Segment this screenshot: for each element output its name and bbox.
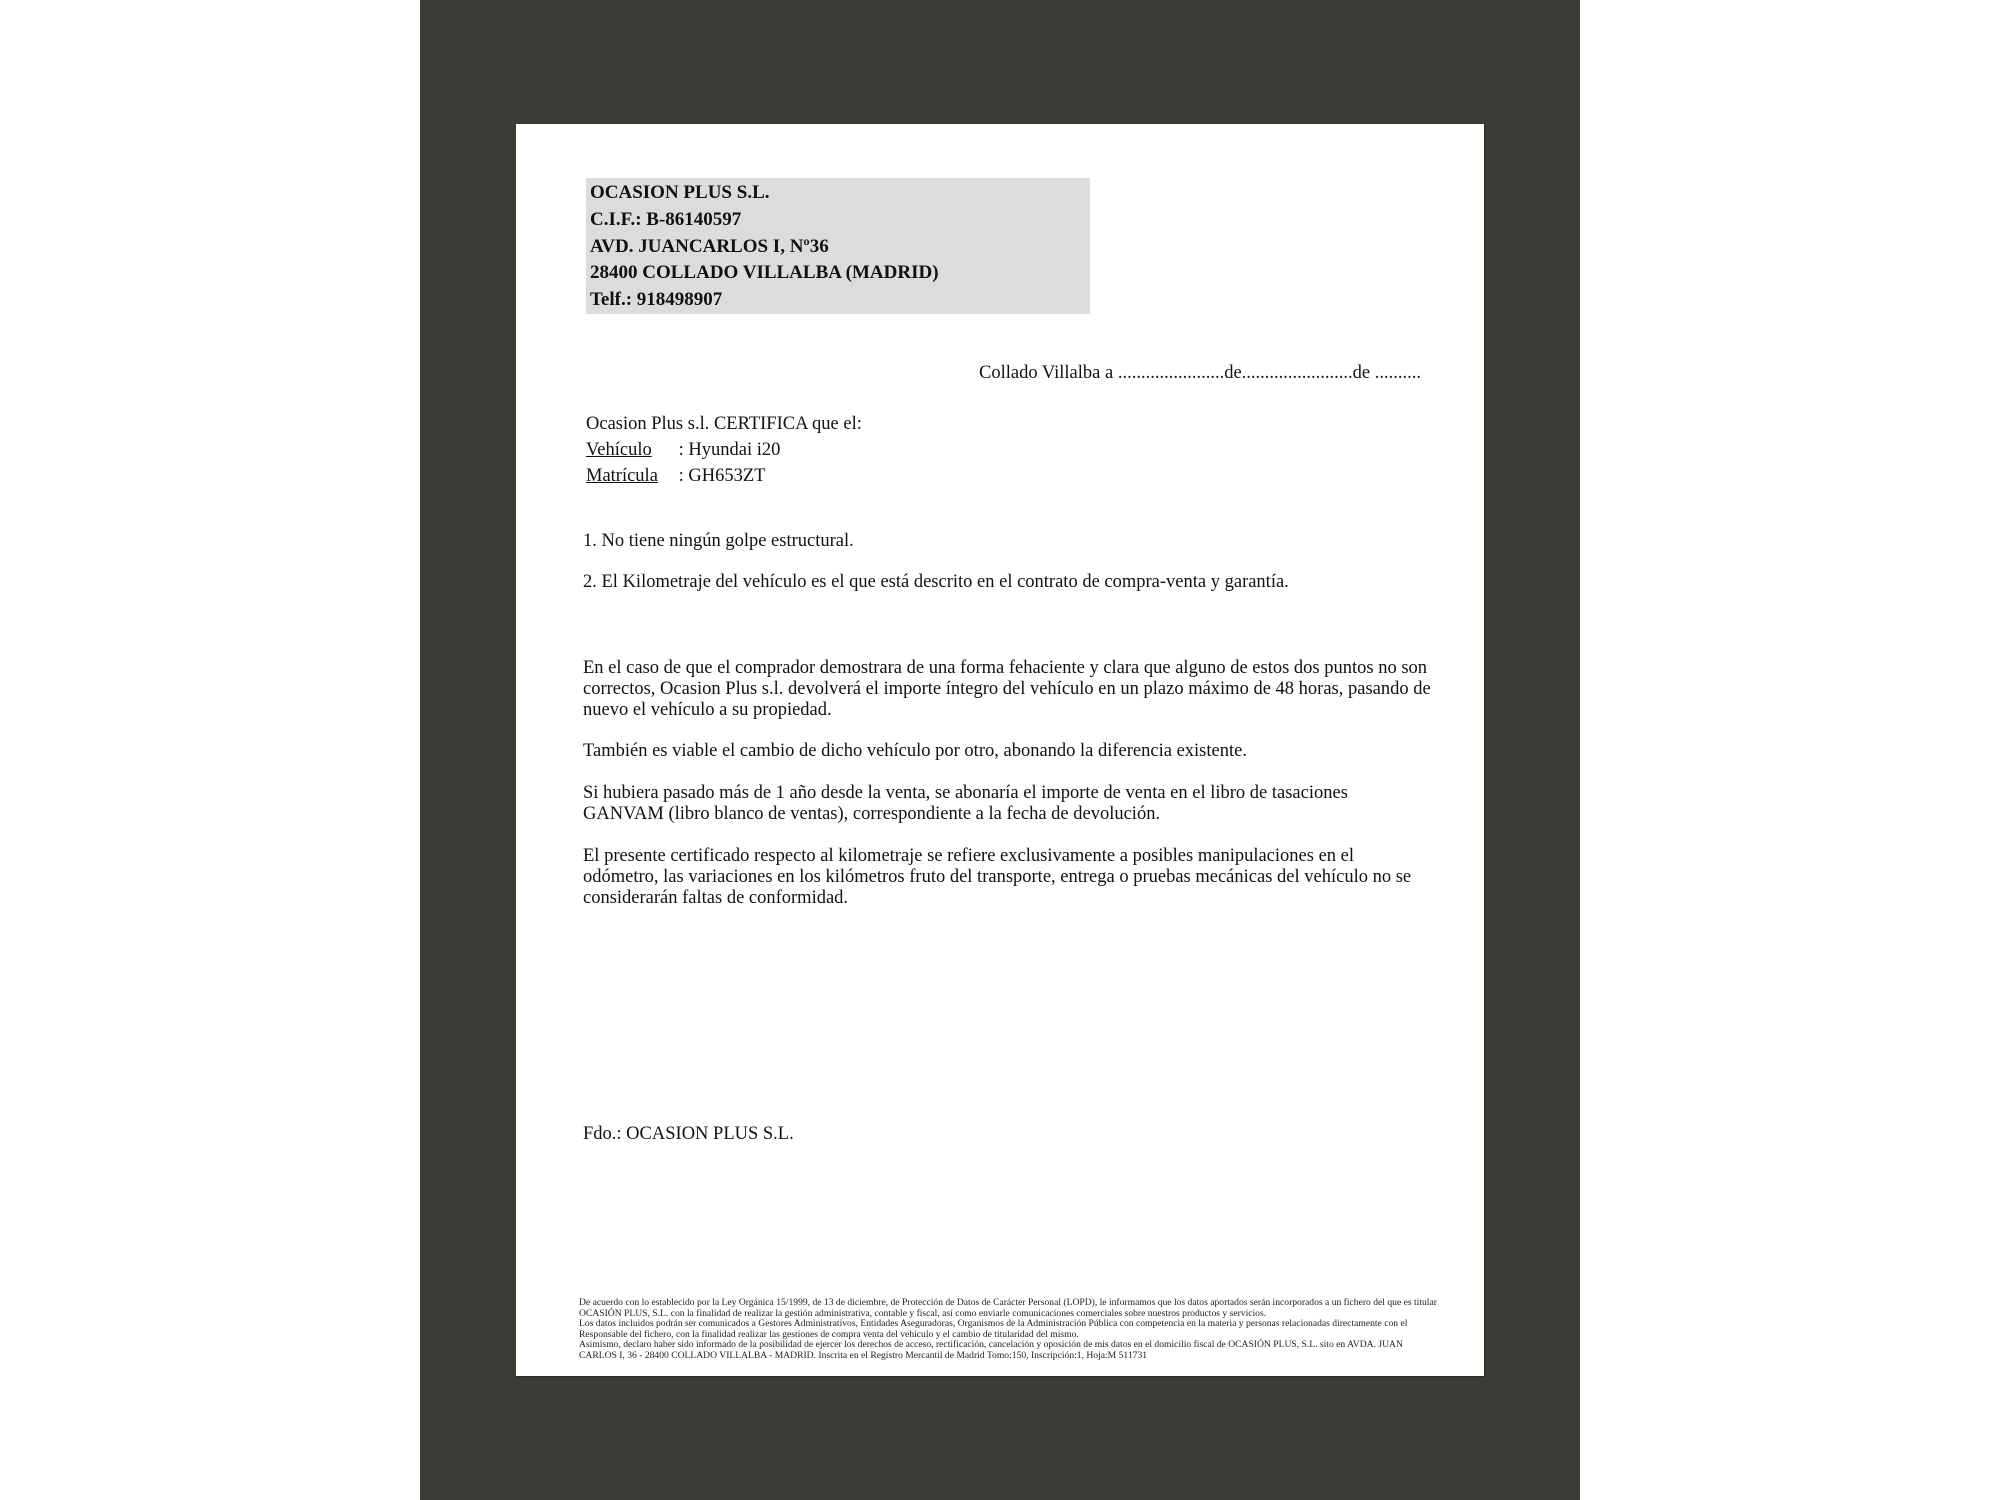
company-name: OCASION PLUS S.L.: [590, 180, 1086, 207]
plate-value: : GH653ZT: [679, 466, 766, 486]
plate-row: Matrícula : GH653ZT: [586, 463, 862, 489]
date-line: Collado Villalba a .....................…: [979, 363, 1421, 384]
paragraph-mileage: El presente certificado respecto al kilo…: [583, 846, 1433, 909]
vehicle-row: Vehículo : Hyundai i20: [586, 437, 862, 463]
privacy-fine-print: De acuerdo con lo establecido por la Ley…: [579, 1298, 1439, 1362]
point-1: 1. No tiene ningún golpe estructural.: [583, 531, 854, 552]
company-address: AVD. JUANCARLOS I, Nº36: [590, 234, 1086, 261]
fine-print-line: De acuerdo con lo establecido por la Ley…: [579, 1298, 1439, 1309]
company-phone: Telf.: 918498907: [590, 287, 1086, 314]
fine-print-line: CARLOS I, 36 - 28400 COLLADO VILLALBA - …: [579, 1351, 1439, 1362]
point-2: 2. El Kilometraje del vehículo es el que…: [583, 572, 1289, 593]
plate-label: Matrícula: [586, 463, 674, 489]
company-header-box: OCASION PLUS S.L. C.I.F.: B-86140597 AVD…: [586, 178, 1090, 314]
certification-intro: Ocasion Plus s.l. CERTIFICA que el:: [586, 411, 862, 437]
paragraph-ganvam: Si hubiera pasado más de 1 año desde la …: [583, 783, 1433, 825]
vehicle-value: : Hyundai i20: [679, 440, 781, 460]
company-cif: C.I.F.: B-86140597: [590, 207, 1086, 234]
paragraph-exchange: También es viable el cambio de dicho veh…: [583, 741, 1433, 762]
signature-line: Fdo.: OCASION PLUS S.L.: [583, 1124, 794, 1145]
certification-block: Ocasion Plus s.l. CERTIFICA que el: Vehí…: [586, 411, 862, 489]
vehicle-label: Vehículo: [586, 437, 674, 463]
document-page: OCASION PLUS S.L. C.I.F.: B-86140597 AVD…: [516, 124, 1484, 1376]
paragraph-refund: En el caso de que el comprador demostrar…: [583, 658, 1433, 721]
company-city: 28400 COLLADO VILLALBA (MADRID): [590, 260, 1086, 287]
